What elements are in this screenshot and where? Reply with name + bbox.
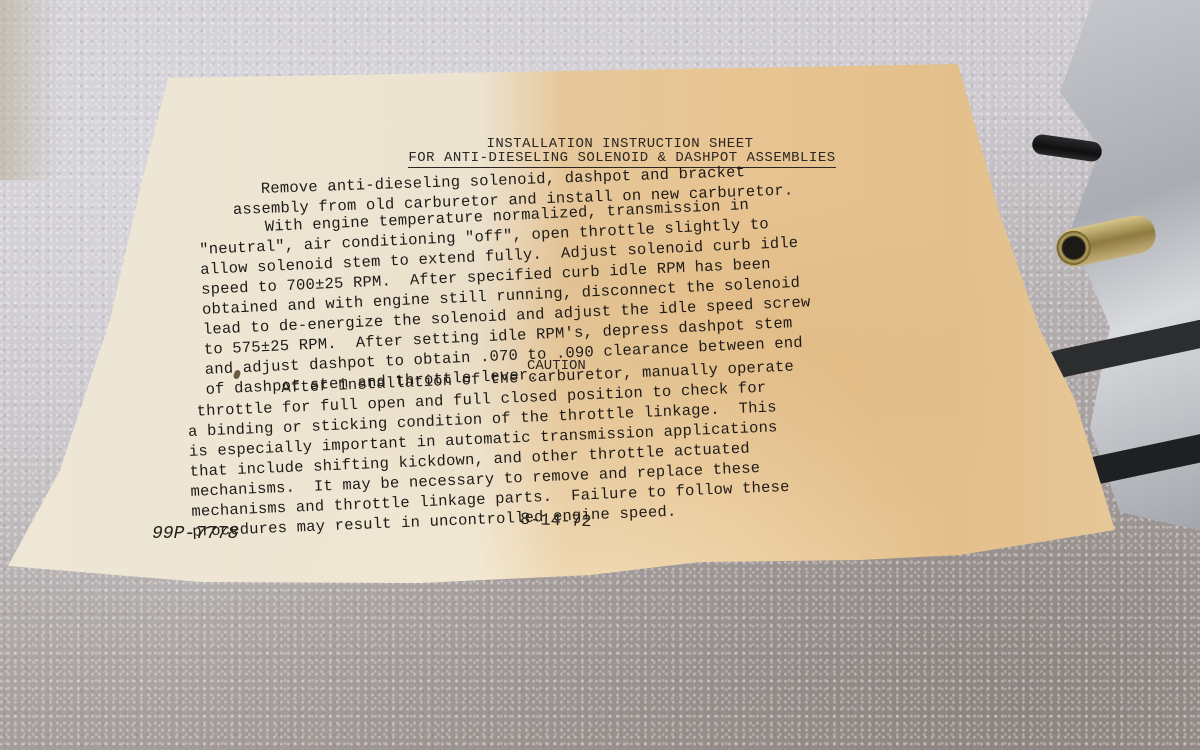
- paragraph-caution: After installation of the carburetor, ma…: [186, 357, 800, 542]
- document-date: 8-14-72: [520, 511, 592, 532]
- instruction-sheet: INSTALLATION INSTRUCTION SHEET FOR ANTI-…: [0, 0, 1200, 750]
- sheet-subtitle: FOR ANTI-DIESELING SOLENOID & DASHPOT AS…: [22, 150, 1200, 166]
- part-number: 99P-7778: [152, 524, 238, 544]
